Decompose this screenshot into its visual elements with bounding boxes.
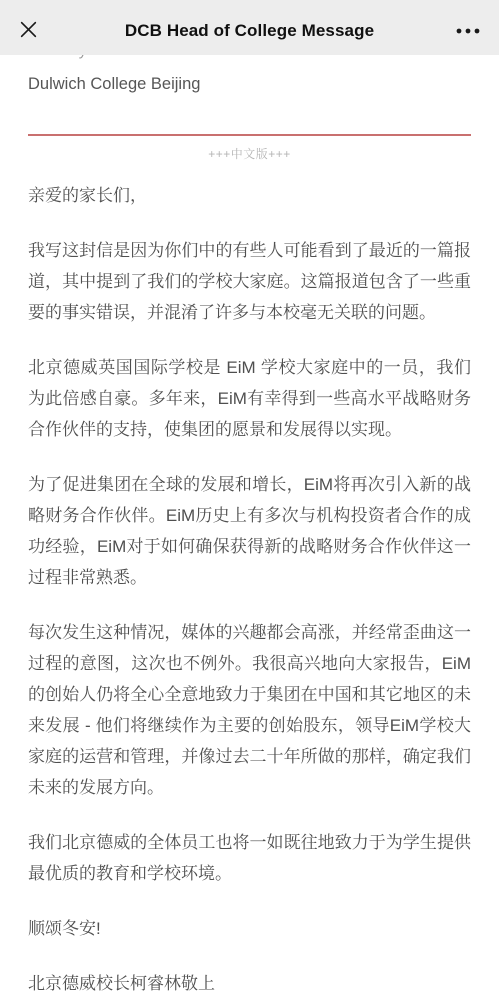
paragraph-media-response: 每次发生这种情况，媒体的兴趣都会高涨，并经常歪曲这一过程的意图，这次也不例外。我…: [28, 617, 471, 803]
paragraph-intro: 我写这封信是因为你们中的有些人可能看到了最近的一篇报道，其中提到了我们的学校大家…: [28, 235, 471, 328]
paragraph-commitment: 我们北京德威的全体员工也将一如既往地致力于为学生提供最优质的教育和学校环境。: [28, 827, 471, 889]
paragraph-eim-family: 北京德威英国国际学校是 EiM 学校大家庭中的一员，我们为此倍感自豪。多年来，E…: [28, 352, 471, 445]
paragraph-strategic-partner: 为了促进集团在全球的发展和增长，EiM将再次引入新的战略财务合作伙伴。EiM历史…: [28, 469, 471, 593]
close-icon: [18, 19, 39, 43]
school-name: Dulwich College Beijing: [28, 72, 471, 96]
red-divider-line: [28, 134, 471, 136]
paragraph-closing-wish: 顺颂冬安!: [28, 913, 471, 944]
top-navigation-bar: DCB Head of College Message: [0, 0, 499, 55]
paragraph-signature: 北京德威校长柯睿林敬上: [28, 968, 471, 999]
more-menu-button[interactable]: [441, 23, 481, 38]
letter-body: 亲爱的家长们， 我写这封信是因为你们中的有些人可能看到了最近的一篇报道，其中提到…: [28, 180, 471, 999]
clipped-author-line: Anthony Coles: [28, 55, 471, 64]
article-content: Anthony Coles Dulwich College Beijing ++…: [0, 55, 499, 999]
close-button[interactable]: [18, 19, 58, 43]
paragraph-salutation: 亲爱的家长们，: [28, 180, 471, 211]
page-title: DCB Head of College Message: [58, 21, 441, 41]
author-name-clipped: Anthony Coles: [28, 55, 471, 63]
chinese-version-marker: +++中文版+++: [28, 146, 471, 162]
more-dots-icon: [455, 23, 481, 38]
